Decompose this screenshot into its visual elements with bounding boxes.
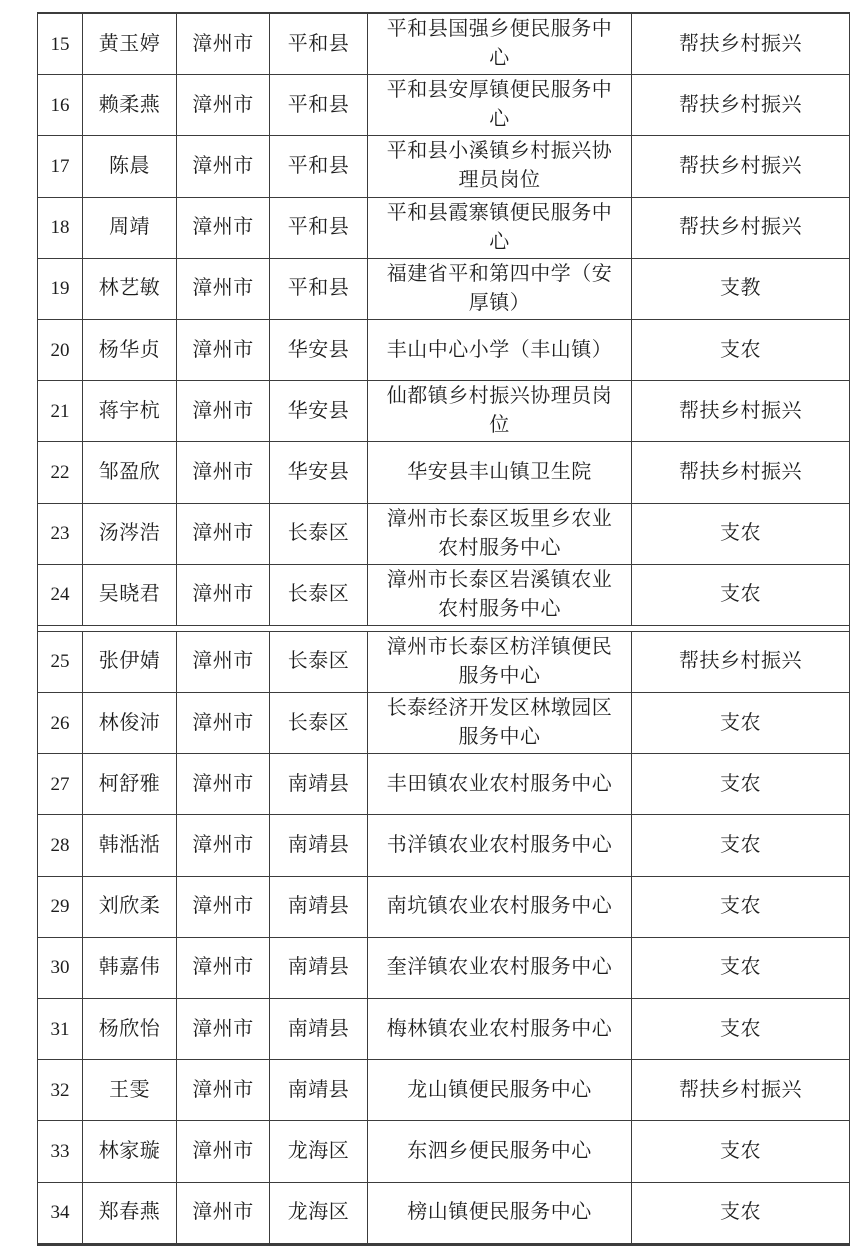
unit-cell: 平和县小溪镇乡村振兴协 理员岗位 [368, 136, 632, 196]
no-cell: 28 [38, 815, 83, 875]
type-cell: 支农 [632, 504, 849, 564]
name-cell: 林家璇 [83, 1121, 177, 1181]
unit-cell: 福建省平和第四中学（安 厚镇） [368, 259, 632, 319]
unit-cell: 仙都镇乡村振兴协理员岗 位 [368, 381, 632, 441]
county-cell: 平和县 [270, 75, 368, 135]
city-cell: 漳州市 [177, 632, 270, 692]
county-cell: 南靖县 [270, 1060, 368, 1120]
name-cell: 郑春燕 [83, 1183, 177, 1243]
no-cell: 29 [38, 877, 83, 937]
county-cell: 龙海区 [270, 1183, 368, 1243]
city-cell: 漳州市 [177, 136, 270, 196]
no-cell: 25 [38, 632, 83, 692]
name-cell: 杨欣怡 [83, 999, 177, 1059]
no-cell: 30 [38, 938, 83, 998]
name-cell: 刘欣柔 [83, 877, 177, 937]
county-cell: 南靖县 [270, 877, 368, 937]
no-cell: 16 [38, 75, 83, 135]
no-cell: 22 [38, 442, 83, 502]
no-cell: 15 [38, 14, 83, 74]
type-cell: 支农 [632, 999, 849, 1059]
city-cell: 漳州市 [177, 198, 270, 258]
county-cell: 华安县 [270, 381, 368, 441]
county-cell: 华安县 [270, 442, 368, 502]
unit-cell: 梅林镇农业农村服务中心 [368, 999, 632, 1059]
unit-cell: 南坑镇农业农村服务中心 [368, 877, 632, 937]
type-cell: 支农 [632, 938, 849, 998]
no-cell: 18 [38, 198, 83, 258]
city-cell: 漳州市 [177, 999, 270, 1059]
unit-cell: 平和县国强乡便民服务中 心 [368, 14, 632, 74]
name-cell: 王雯 [83, 1060, 177, 1120]
unit-cell: 书洋镇农业农村服务中心 [368, 815, 632, 875]
unit-cell: 奎洋镇农业农村服务中心 [368, 938, 632, 998]
name-cell: 韩嘉伟 [83, 938, 177, 998]
table-row: 31杨欣怡漳州市南靖县梅林镇农业农村服务中心支农 [38, 999, 849, 1060]
table-row: 29刘欣柔漳州市南靖县南坑镇农业农村服务中心支农 [38, 877, 849, 938]
no-cell: 20 [38, 320, 83, 380]
no-cell: 26 [38, 693, 83, 753]
city-cell: 漳州市 [177, 938, 270, 998]
type-cell: 帮扶乡村振兴 [632, 136, 849, 196]
unit-cell: 丰田镇农业农村服务中心 [368, 754, 632, 814]
name-cell: 林艺敏 [83, 259, 177, 319]
no-cell: 17 [38, 136, 83, 196]
type-cell: 帮扶乡村振兴 [632, 14, 849, 74]
county-cell: 南靖县 [270, 754, 368, 814]
city-cell: 漳州市 [177, 14, 270, 74]
city-cell: 漳州市 [177, 1183, 270, 1243]
no-cell: 24 [38, 565, 83, 625]
no-cell: 19 [38, 259, 83, 319]
type-cell: 支教 [632, 259, 849, 319]
name-cell: 黄玉婷 [83, 14, 177, 74]
unit-cell: 平和县安厚镇便民服务中 心 [368, 75, 632, 135]
county-cell: 南靖县 [270, 938, 368, 998]
table-row: 21蒋宇杭漳州市华安县仙都镇乡村振兴协理员岗 位帮扶乡村振兴 [38, 381, 849, 442]
type-cell: 支农 [632, 815, 849, 875]
city-cell: 漳州市 [177, 693, 270, 753]
county-cell: 龙海区 [270, 1121, 368, 1181]
county-cell: 长泰区 [270, 565, 368, 625]
table-row: 33林家璇漳州市龙海区东泗乡便民服务中心支农 [38, 1121, 849, 1182]
table-row: 26林俊沛漳州市长泰区长泰经济开发区林墩园区 服务中心支农 [38, 693, 849, 754]
name-cell: 汤涔浩 [83, 504, 177, 564]
table-row: 30韩嘉伟漳州市南靖县奎洋镇农业农村服务中心支农 [38, 938, 849, 999]
city-cell: 漳州市 [177, 75, 270, 135]
table-row: 25张伊婧漳州市长泰区漳州市长泰区枋洋镇便民 服务中心帮扶乡村振兴 [38, 632, 849, 693]
city-cell: 漳州市 [177, 877, 270, 937]
county-cell: 长泰区 [270, 632, 368, 692]
table-row: 27柯舒雅漳州市南靖县丰田镇农业农村服务中心支农 [38, 754, 849, 815]
no-cell: 31 [38, 999, 83, 1059]
city-cell: 漳州市 [177, 1121, 270, 1181]
name-cell: 邹盈欣 [83, 442, 177, 502]
table-row: 22邹盈欣漳州市华安县华安县丰山镇卫生院帮扶乡村振兴 [38, 442, 849, 503]
city-cell: 漳州市 [177, 504, 270, 564]
type-cell: 帮扶乡村振兴 [632, 1060, 849, 1120]
table-row: 15黄玉婷漳州市平和县平和县国强乡便民服务中 心帮扶乡村振兴 [38, 14, 849, 75]
name-cell: 张伊婧 [83, 632, 177, 692]
no-cell: 21 [38, 381, 83, 441]
city-cell: 漳州市 [177, 1060, 270, 1120]
type-cell: 支农 [632, 1183, 849, 1243]
county-cell: 南靖县 [270, 815, 368, 875]
type-cell: 支农 [632, 1121, 849, 1181]
unit-cell: 漳州市长泰区坂里乡农业 农村服务中心 [368, 504, 632, 564]
name-cell: 杨华贞 [83, 320, 177, 380]
name-cell: 赖柔燕 [83, 75, 177, 135]
unit-cell: 漳州市长泰区岩溪镇农业 农村服务中心 [368, 565, 632, 625]
type-cell: 支农 [632, 877, 849, 937]
county-cell: 华安县 [270, 320, 368, 380]
county-cell: 平和县 [270, 14, 368, 74]
county-cell: 长泰区 [270, 504, 368, 564]
unit-cell: 东泗乡便民服务中心 [368, 1121, 632, 1181]
document-page: 15黄玉婷漳州市平和县平和县国强乡便民服务中 心帮扶乡村振兴16赖柔燕漳州市平和… [0, 0, 867, 1254]
name-cell: 林俊沛 [83, 693, 177, 753]
assignment-table: 15黄玉婷漳州市平和县平和县国强乡便民服务中 心帮扶乡村振兴16赖柔燕漳州市平和… [37, 12, 850, 1246]
table-row: 19林艺敏漳州市平和县福建省平和第四中学（安 厚镇）支教 [38, 259, 849, 320]
table-row: 17陈晨漳州市平和县平和县小溪镇乡村振兴协 理员岗位帮扶乡村振兴 [38, 136, 849, 197]
table-row: 24吴晓君漳州市长泰区漳州市长泰区岩溪镇农业 农村服务中心支农 [38, 565, 849, 626]
type-cell: 帮扶乡村振兴 [632, 381, 849, 441]
table-row: 20杨华贞漳州市华安县丰山中心小学（丰山镇）支农 [38, 320, 849, 381]
county-cell: 平和县 [270, 198, 368, 258]
table-row: 28韩湉湉漳州市南靖县书洋镇农业农村服务中心支农 [38, 815, 849, 876]
type-cell: 支农 [632, 693, 849, 753]
unit-cell: 榜山镇便民服务中心 [368, 1183, 632, 1243]
unit-cell: 龙山镇便民服务中心 [368, 1060, 632, 1120]
type-cell: 帮扶乡村振兴 [632, 75, 849, 135]
no-cell: 27 [38, 754, 83, 814]
city-cell: 漳州市 [177, 754, 270, 814]
city-cell: 漳州市 [177, 815, 270, 875]
type-cell: 支农 [632, 320, 849, 380]
type-cell: 支农 [632, 565, 849, 625]
unit-cell: 平和县霞寨镇便民服务中 心 [368, 198, 632, 258]
county-cell: 南靖县 [270, 999, 368, 1059]
name-cell: 吴晓君 [83, 565, 177, 625]
type-cell: 支农 [632, 754, 849, 814]
county-cell: 长泰区 [270, 693, 368, 753]
county-cell: 平和县 [270, 136, 368, 196]
city-cell: 漳州市 [177, 381, 270, 441]
city-cell: 漳州市 [177, 565, 270, 625]
city-cell: 漳州市 [177, 320, 270, 380]
unit-cell: 丰山中心小学（丰山镇） [368, 320, 632, 380]
table-row: 23汤涔浩漳州市长泰区漳州市长泰区坂里乡农业 农村服务中心支农 [38, 504, 849, 565]
unit-cell: 华安县丰山镇卫生院 [368, 442, 632, 502]
table-row: 32王雯漳州市南靖县龙山镇便民服务中心帮扶乡村振兴 [38, 1060, 849, 1121]
no-cell: 32 [38, 1060, 83, 1120]
table-row: 18周靖漳州市平和县平和县霞寨镇便民服务中 心帮扶乡村振兴 [38, 198, 849, 259]
unit-cell: 长泰经济开发区林墩园区 服务中心 [368, 693, 632, 753]
unit-cell: 漳州市长泰区枋洋镇便民 服务中心 [368, 632, 632, 692]
name-cell: 柯舒雅 [83, 754, 177, 814]
type-cell: 帮扶乡村振兴 [632, 198, 849, 258]
name-cell: 蒋宇杭 [83, 381, 177, 441]
county-cell: 平和县 [270, 259, 368, 319]
table-row: 34郑春燕漳州市龙海区榜山镇便民服务中心支农 [38, 1183, 849, 1243]
type-cell: 帮扶乡村振兴 [632, 442, 849, 502]
name-cell: 周靖 [83, 198, 177, 258]
table-row: 16赖柔燕漳州市平和县平和县安厚镇便民服务中 心帮扶乡村振兴 [38, 75, 849, 136]
name-cell: 陈晨 [83, 136, 177, 196]
type-cell: 帮扶乡村振兴 [632, 632, 849, 692]
city-cell: 漳州市 [177, 259, 270, 319]
name-cell: 韩湉湉 [83, 815, 177, 875]
city-cell: 漳州市 [177, 442, 270, 502]
no-cell: 33 [38, 1121, 83, 1181]
no-cell: 23 [38, 504, 83, 564]
no-cell: 34 [38, 1183, 83, 1243]
